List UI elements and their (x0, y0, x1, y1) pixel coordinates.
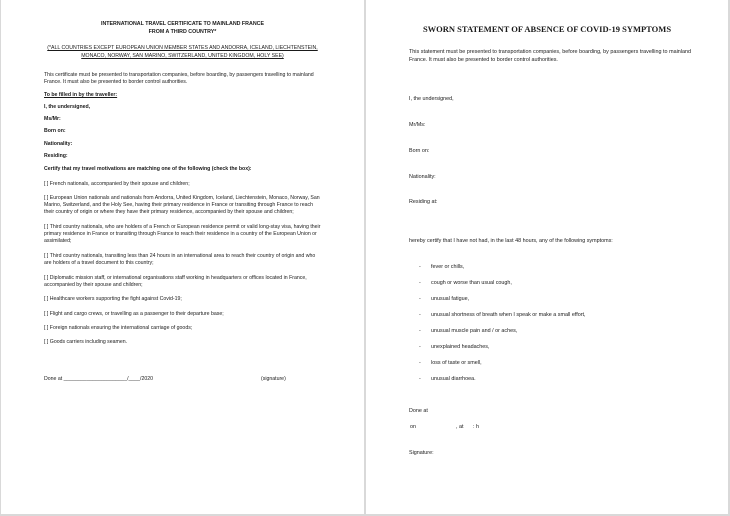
done-at-label: Done at (409, 408, 428, 414)
bullet-dash: - (419, 280, 421, 286)
symptom-item: unusual diarrhoea. (431, 376, 476, 382)
statement-title: SWORN STATEMENT OF ABSENCE OF COVID-19 S… (366, 24, 728, 34)
certificate-page: INTERNATIONAL TRAVEL CERTIFICATE TO MAIN… (1, 0, 364, 514)
checkbox[interactable]: [ ] (44, 195, 48, 201)
checkbox[interactable]: [ ] (44, 181, 48, 187)
nationality-label: Nationality: (409, 174, 436, 180)
bullet-dash: - (419, 296, 421, 302)
residing-label: Residing at: (409, 199, 437, 205)
symptom-item: unexplained headaches, (431, 344, 489, 350)
nationality-label: Nationality: (44, 141, 322, 148)
bullet-dash: - (419, 360, 421, 366)
checkbox[interactable]: [ ] (44, 275, 48, 281)
option-item[interactable]: [ ] Third country nationals, transiting … (44, 253, 322, 267)
residing-label: Residing: (44, 153, 322, 160)
name-label: Mr/Ms: (409, 122, 425, 128)
symptom-item: unusual shortness of breath when I speak… (431, 312, 586, 318)
option-item[interactable]: [ ] Third country nationals, who are hol… (44, 224, 322, 246)
at-label: , at (456, 424, 464, 430)
statement-intro: This statement must be presented to tran… (409, 48, 691, 65)
title-line-1: INTERNATIONAL TRAVEL CERTIFICATE TO MAIN… (1, 20, 364, 28)
done-at-field[interactable]: Done at ______________________/____/2020 (44, 376, 153, 383)
symptom-item: cough or worse than usual cough, (431, 280, 512, 286)
sworn-statement-page: SWORN STATEMENT OF ABSENCE OF COVID-19 S… (366, 0, 728, 514)
symptom-item: loss of taste or smell, (431, 360, 482, 366)
symptom-item: unusual fatigue, (431, 296, 469, 302)
option-item[interactable]: [ ] Goods carriers including seamen. (44, 339, 322, 346)
checkbox[interactable]: [ ] (44, 311, 48, 317)
bullet-dash: - (419, 312, 421, 318)
fill-heading: To be filled in by the traveller: (44, 92, 322, 99)
checkbox[interactable]: [ ] (44, 253, 48, 259)
hour-label: : h (473, 424, 479, 430)
checkbox[interactable]: [ ] (44, 224, 48, 230)
bullet-dash: - (419, 328, 421, 334)
signature-label: (signature) (261, 376, 286, 383)
signature-label: Signature: (409, 450, 434, 456)
certificate-title: INTERNATIONAL TRAVEL CERTIFICATE TO MAIN… (1, 20, 364, 36)
option-item[interactable]: [ ] French nationals, accompanied by the… (44, 181, 322, 188)
name-label: Ms/Mr: (44, 116, 322, 123)
checkbox[interactable]: [ ] (44, 339, 48, 345)
certificate-intro: This certificate must be presented to tr… (44, 72, 322, 86)
born-label: Born on: (409, 148, 429, 154)
bullet-dash: - (419, 264, 421, 270)
countries-note: (*ALL COUNTRIES EXCEPT EUROPEAN UNION ME… (46, 44, 319, 60)
born-label: Born on: (44, 128, 322, 135)
bullet-dash: - (419, 344, 421, 350)
checkbox[interactable]: [ ] (44, 296, 48, 302)
option-item[interactable]: [ ] Healthcare workers supporting the fi… (44, 296, 322, 303)
symptom-item: unusual muscle pain and / or aches, (431, 328, 517, 334)
title-line-2: FROM A THIRD COUNTRY* (1, 28, 364, 36)
option-item[interactable]: [ ] Flight and cargo crews, or travellin… (44, 311, 322, 318)
undersigned-label: I, the undersigned, (44, 104, 322, 111)
option-item[interactable]: [ ] Foreign nationals ensuring the inter… (44, 325, 322, 332)
option-item[interactable]: [ ] European Union nationals and nationa… (44, 195, 322, 217)
undersigned-label: I, the undersigned, (409, 96, 454, 102)
on-label: on (410, 424, 416, 430)
checkbox[interactable]: [ ] (44, 325, 48, 331)
certify-statement: Certify that my travel motivations are m… (44, 166, 322, 173)
option-item[interactable]: [ ] Diplomatic mission staff, or interna… (44, 275, 322, 289)
bullet-dash: - (419, 376, 421, 382)
certify-statement: hereby certify that I have not had, in t… (409, 238, 613, 244)
symptom-item: fever or chills, (431, 264, 464, 270)
